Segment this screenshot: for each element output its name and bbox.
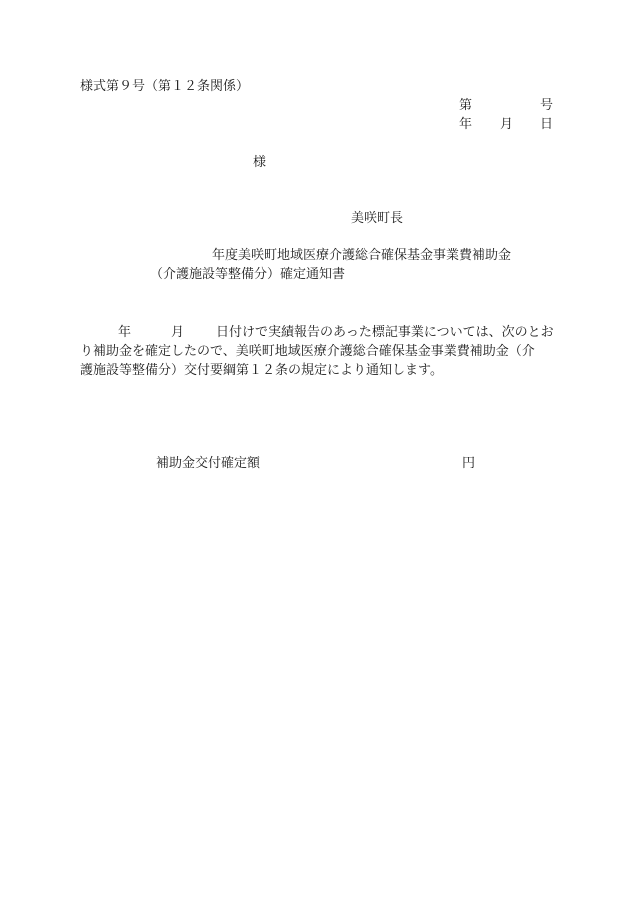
body-line-1-text: 日付けで実績報告のあった標記事業については、次のとお bbox=[216, 325, 554, 340]
issuer-name: 美咲町長 bbox=[351, 212, 403, 225]
body-month-label: 月 bbox=[171, 325, 184, 340]
body-line-2: り補助金を確定したので、美咲町地域医療介護総合確保基金事業費補助金（介 bbox=[80, 342, 560, 361]
subsidy-amount-unit: 円 bbox=[462, 457, 475, 470]
addressee-suffix: 様 bbox=[253, 156, 266, 169]
form-number: 様式第９号（第１２条関係） bbox=[80, 80, 249, 93]
doc-number-suffix: 号 bbox=[540, 99, 553, 112]
date-year-label: 年 bbox=[459, 118, 472, 131]
body-year-label: 年 bbox=[118, 325, 131, 340]
subsidy-amount-label: 補助金交付確定額 bbox=[156, 457, 260, 470]
body-paragraph: 年月日付けで実績報告のあった標記事業については、次のとお り補助金を確定したので… bbox=[80, 323, 560, 380]
date-day-label: 日 bbox=[540, 118, 553, 131]
document-title-line1: 年度美咲町地域医療介護総合確保基金事業費補助金 bbox=[212, 249, 511, 262]
document-title-line2: （介護施設等整備分）確定通知書 bbox=[150, 268, 345, 281]
date-month-label: 月 bbox=[500, 118, 513, 131]
body-line-1: 年月日付けで実績報告のあった標記事業については、次のとお bbox=[80, 323, 560, 342]
doc-number-prefix: 第 bbox=[459, 99, 472, 112]
body-line-3: 護施設等整備分）交付要綱第１２条の規定により通知します。 bbox=[80, 361, 560, 380]
